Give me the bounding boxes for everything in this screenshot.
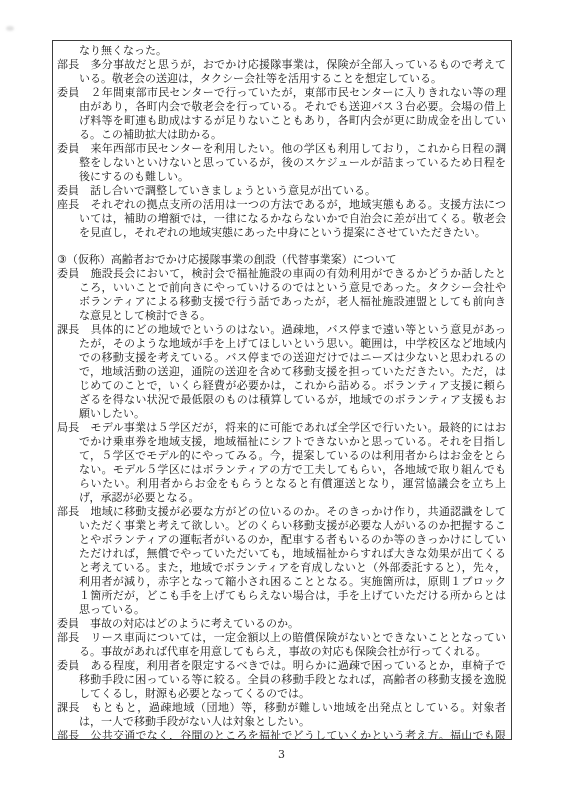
paragraph-list: なり無くなった。 部長多分事故だと思うが，おでかけ応援隊事業は，保険が全部入って… [57, 44, 506, 740]
paragraph: 座長それぞれの拠点支所の活用は一つの方法であるが，地域実態もある。支援方法につい… [57, 198, 506, 240]
speaker-label: 委員 [57, 659, 79, 672]
paragraph: 部長多分事故だと思うが，おでかけ応援隊事業は，保険が全部入っているもので考えてい… [57, 58, 506, 86]
speaker-label: 委員 [57, 184, 79, 197]
paragraph: 課長具体的にどの地域でというのはない。過疎地，バス停まで遠い等という意見があった… [57, 323, 506, 421]
paragraph-text: 施設長会において，検討会で福祉施設の車両の有効利用ができるかどうか話したところ，… [79, 267, 506, 322]
paragraph-text: ある程度，利用者を限定するべきでは。明らかに過疎で困っているとか，車椅子で移動手… [79, 659, 506, 700]
page-number: 3 [0, 748, 563, 761]
paragraph-text: 多分事故だと思うが，おでかけ応援隊事業は，保険が全部入っているもので考えている。… [79, 58, 506, 85]
speaker-label: 部長 [57, 631, 80, 644]
paragraph: 委員来年西部市民センターを利用したい。他の学区も利用しており，これから日程の調整… [57, 142, 506, 184]
paragraph: 委員事故の対応はどのように考えているのか。 [57, 617, 506, 631]
paragraph: 部長地域に移動支援が必要な方がどの位いるのか。そのきっかけ作り，共通認識をしてい… [57, 505, 506, 617]
paragraph: 委員施設長会において，検討会で福祉施設の車両の有効利用ができるかどうか話したとこ… [57, 267, 506, 323]
speaker-label: 課長 [57, 701, 80, 714]
paragraph-text: 事故の対応はどのように考えているのか。 [90, 617, 299, 630]
paragraph-text: モデル事業は５学区だが，将来的に可能であれば全学区で行いたい。最終的にはおでかけ… [79, 421, 506, 504]
paragraph-text: 地域に移動支援が必要な方がどの位いるのか。そのきっかけ作り，共通認識をしていただ… [79, 505, 506, 616]
paragraph-text: 話し合いで調整していきましょうという意見が出ている。 [90, 184, 376, 197]
speaker-label: 部長 [57, 505, 79, 518]
paragraph-text: ③（仮称）高齢者おでかけ応援隊事業の創設（代替事業案）について [57, 253, 397, 266]
speaker-label: 課長 [57, 323, 79, 336]
paragraph: ③（仮称）高齢者おでかけ応援隊事業の創設（代替事業案）について [57, 253, 506, 267]
speaker-label: 委員 [57, 142, 80, 155]
speaker-label: 委員 [57, 617, 79, 630]
document-page: なり無くなった。 部長多分事故だと思うが，おでかけ応援隊事業は，保険が全部入って… [0, 0, 563, 800]
paragraph-text: 公共交通でなく，谷間のところを福祉でどうしていくかという考え方。福山でも限界集落… [79, 729, 506, 740]
paragraph: 部長リース車両については，一定金額以上の賠償保険がないとできないこととなっている… [57, 631, 506, 659]
scan-artifact [6, 26, 14, 31]
minutes-text-box: なり無くなった。 部長多分事故だと思うが，おでかけ応援隊事業は，保険が全部入って… [52, 40, 512, 740]
paragraph: 局長モデル事業は５学区だが，将来的に可能であれば全学区で行いたい。最終的にはおで… [57, 421, 506, 505]
speaker-label: 局長 [57, 421, 80, 434]
paragraph-text: それぞれの拠点支所の活用は一つの方法であるが，地域実態もある。支援方法については… [79, 198, 506, 239]
speaker-label: 部長 [57, 729, 80, 740]
paragraph-text: もともと，過疎地域（団地）等，移動が難しい地域を出発点としている。対象者は，一人… [79, 701, 506, 728]
paragraph: 課長もともと，過疎地域（団地）等，移動が難しい地域を出発点としている。対象者は，… [57, 701, 506, 729]
paragraph: 委員２年間東部市民センターで行っていたが，東部市民センターに入りきれない等の理由… [57, 86, 506, 142]
speaker-label: 座長 [57, 198, 80, 211]
paragraph-text: リース車両については，一定金額以上の賠償保険がないとできないこととなっている。事… [79, 631, 506, 658]
paragraph: 委員話し合いで調整していきましょうという意見が出ている。 [57, 184, 506, 198]
paragraph-text: 具体的にどの地域でというのはない。過疎地，バス停まで遠い等という意見があったが，… [79, 323, 506, 420]
paragraph-text: ２年間東部市民センターで行っていたが，東部市民センターに入りきれない等の理由があ… [79, 86, 506, 141]
speaker-label: 委員 [57, 267, 80, 280]
speaker-label: 委員 [57, 86, 80, 99]
paragraph: なり無くなった。 [57, 44, 506, 58]
paragraph: 委員ある程度，利用者を限定するべきでは。明らかに過疎で困っているとか，車椅子で移… [57, 659, 506, 701]
speaker-label: 部長 [57, 58, 79, 71]
paragraph-text: なり無くなった。 [79, 44, 167, 57]
paragraph: 部長公共交通でなく，谷間のところを福祉でどうしていくかという考え方。福山でも限界… [57, 729, 506, 740]
paragraph-text: 来年西部市民センターを利用したい。他の学区も利用しており，これから日程の調整をし… [79, 142, 506, 183]
